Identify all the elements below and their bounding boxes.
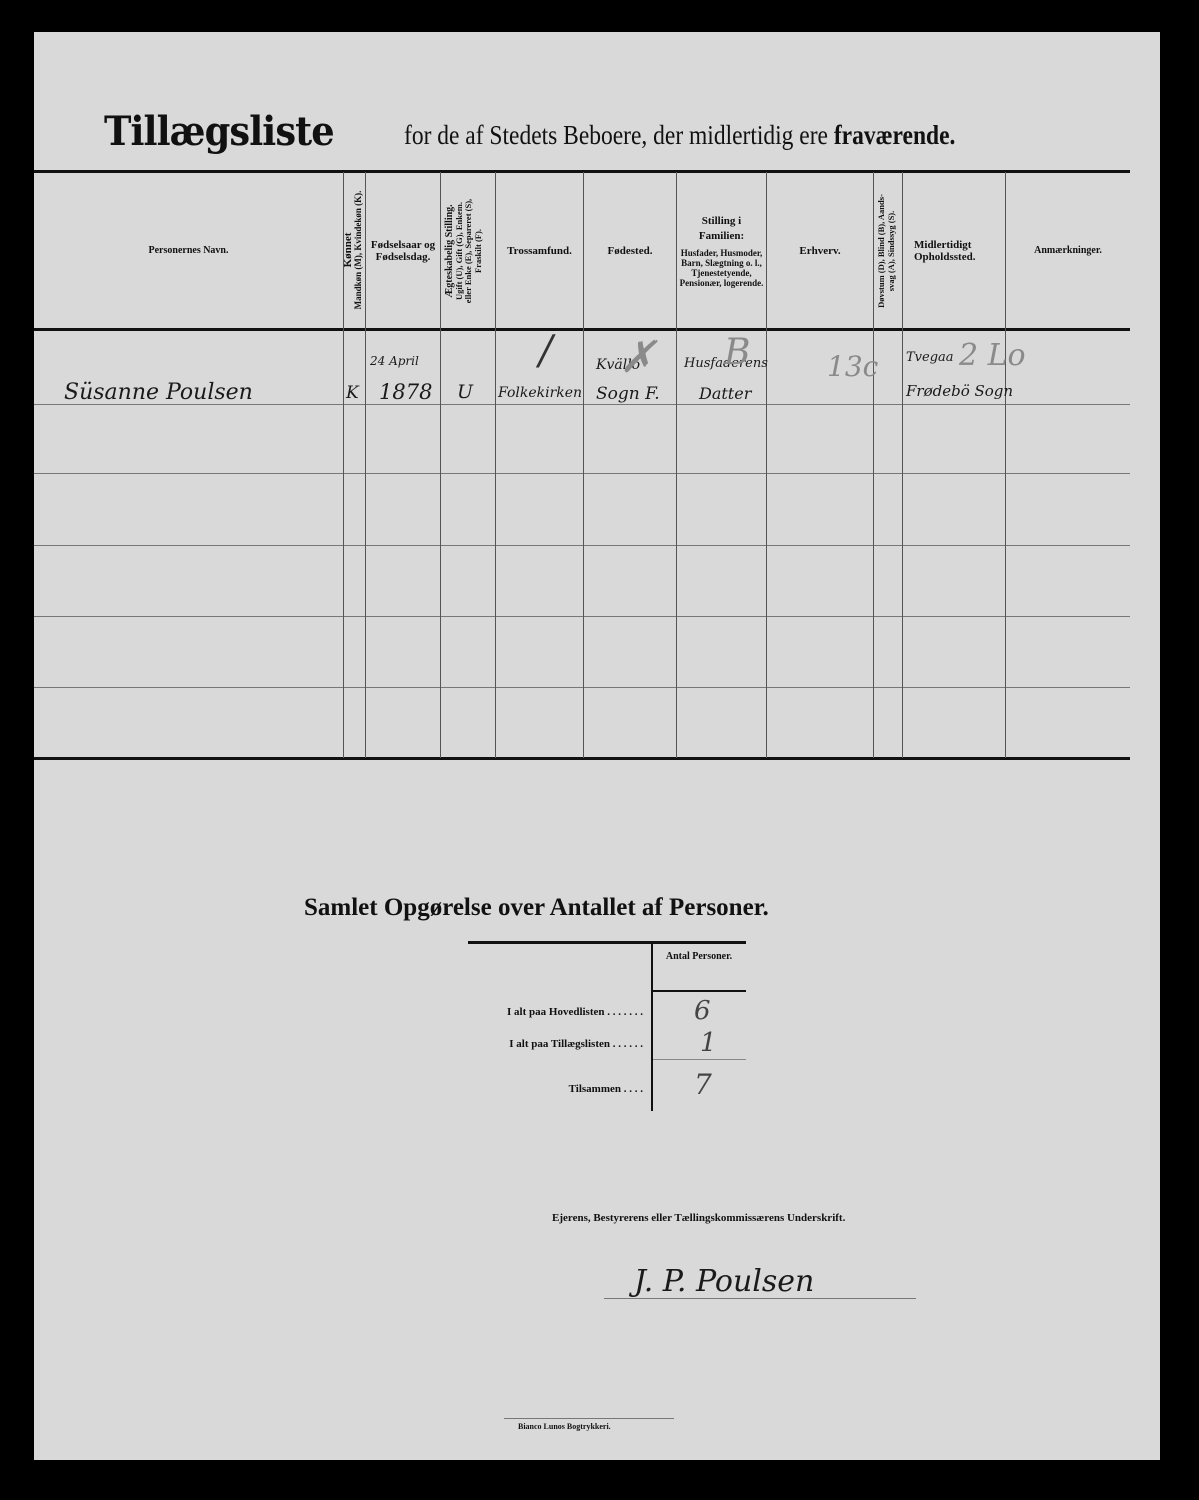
col-header-birthplace-label: Fødested. — [608, 245, 653, 257]
col-header-occupation: Erhverv. — [767, 173, 873, 328]
entry-family-code: B — [724, 332, 750, 373]
col-header-remarks-label: Anmærkninger. — [1034, 245, 1102, 257]
col-header-name-label: Personernes Navn. — [149, 245, 229, 257]
column-divider — [440, 172, 441, 758]
column-divider — [873, 172, 874, 758]
col-header-marital-line4: Fraskilt (F). — [474, 174, 484, 328]
entry-temp-residence-line1: Tvegaa — [906, 350, 954, 365]
entry-religion-mark: / — [539, 328, 552, 374]
entry-name: Süsanne Poulsen — [64, 380, 253, 405]
summary-value-main-list: 6 — [694, 996, 711, 1026]
entry-birth-day: 24 April — [370, 354, 419, 368]
form-title-subtitle: for de af Stedets Beboere, der midlertid… — [404, 120, 955, 151]
printer-rule — [504, 1418, 674, 1419]
col-header-family-position: Stilling i Familien: Husfader, Husmoder,… — [677, 173, 766, 328]
col-header-temp-residence-label: Midlertidigt Opholdssted. — [914, 239, 994, 263]
row-line — [34, 687, 1130, 688]
entry-birth-year: 1878 — [379, 380, 432, 404]
col-header-religion-label: Trossamfund. — [507, 245, 572, 257]
col-header-disability: Døvstum (D), Blind (B), Aands- svag (A),… — [876, 174, 900, 328]
col-header-family-title: Stilling i Familien: — [687, 214, 757, 244]
signature-value: J. P. Poulsen — [634, 1264, 814, 1299]
summary-value-total: 7 — [694, 1068, 712, 1101]
census-form-page: Tillægsliste for de af Stedets Beboere, … — [34, 32, 1160, 1460]
col-header-religion: Trossamfund. — [496, 173, 583, 328]
col-header-family-detail: Husfader, Husmoder, Barn, Slægtning o. l… — [680, 248, 764, 288]
col-header-sex-line1: Kønnet — [343, 173, 353, 327]
col-header-disability-line1: Døvstum (D), Blind (B), Aands- — [876, 174, 886, 328]
table-header-rule — [34, 328, 1130, 331]
col-header-sex: Kønnet Mandkøn (M), Kvindekøn (K). — [343, 173, 365, 327]
signature-line — [604, 1298, 916, 1299]
summary-column-divider — [651, 943, 653, 1111]
entry-sex: K — [346, 383, 359, 403]
row-line — [34, 473, 1130, 474]
col-header-temp-residence: Midlertidigt Opholdssted. — [903, 173, 1005, 328]
entry-temp-residence-line2: Frødebö Sogn — [906, 382, 1013, 400]
col-header-marital: Ægteskabelig Stilling. Ugift (U), Gift (… — [445, 174, 491, 328]
summary-label-supplement-list: I alt paa Tillægslisten . . . . . . — [509, 1038, 643, 1050]
entry-birthplace-line2: Sogn F. — [596, 384, 660, 404]
entry-birthplace-cross: ✗ — [619, 332, 656, 383]
row-line — [34, 616, 1130, 617]
col-header-occupation-label: Erhverv. — [799, 245, 840, 257]
form-title: Tillægsliste for de af Stedets Beboere, … — [104, 108, 354, 155]
entry-occupation: 13c — [827, 350, 878, 383]
summary-header-rule — [653, 990, 746, 992]
entry-marital: U — [457, 381, 473, 403]
entry-religion: Folkekirken — [498, 385, 582, 401]
form-title-main: Tillægsliste — [104, 108, 334, 155]
col-header-sex-line2: Mandkøn (M), Kvindekøn (K). — [353, 173, 363, 327]
signature-caption: Ejerens, Bestyrerens eller Tællingskommi… — [552, 1212, 845, 1224]
summary-label-total: Tilsammen . . . . — [569, 1083, 643, 1095]
summary-column-header: Antal Personer. — [664, 950, 734, 964]
printer-imprint: Bianco Lunos Bogtrykkeri. — [518, 1422, 611, 1431]
col-header-birth: Fødselsaar og Fødselsdag. — [366, 173, 440, 328]
row-line — [34, 545, 1130, 546]
form-title-emphasis: fraværende. — [834, 120, 956, 150]
summary-value-supplement-list: 1 — [700, 1028, 717, 1058]
entry-temp-residence-code: 2 Lo — [959, 338, 1026, 373]
col-header-birthplace: Fødested. — [584, 173, 676, 328]
summary-total-rule — [653, 1059, 746, 1060]
summary-title: Samlet Opgørelse over Antallet af Person… — [304, 894, 769, 922]
col-header-name: Personernes Navn. — [34, 173, 343, 328]
col-header-birth-label: Fødselsaar og Fødselsdag. — [370, 239, 436, 263]
table-bottom-rule — [34, 757, 1130, 760]
summary-top-rule — [468, 941, 746, 944]
summary-label-main-list: I alt paa Hovedlisten . . . . . . . — [507, 1006, 643, 1018]
form-title-rest: for de af Stedets Beboere, der midlertid… — [404, 120, 828, 150]
col-header-remarks: Anmærkninger. — [1006, 173, 1130, 328]
col-header-disability-line2: svag (A), Sindssyg (S). — [886, 174, 896, 328]
entry-family-line2: Datter — [699, 384, 751, 403]
